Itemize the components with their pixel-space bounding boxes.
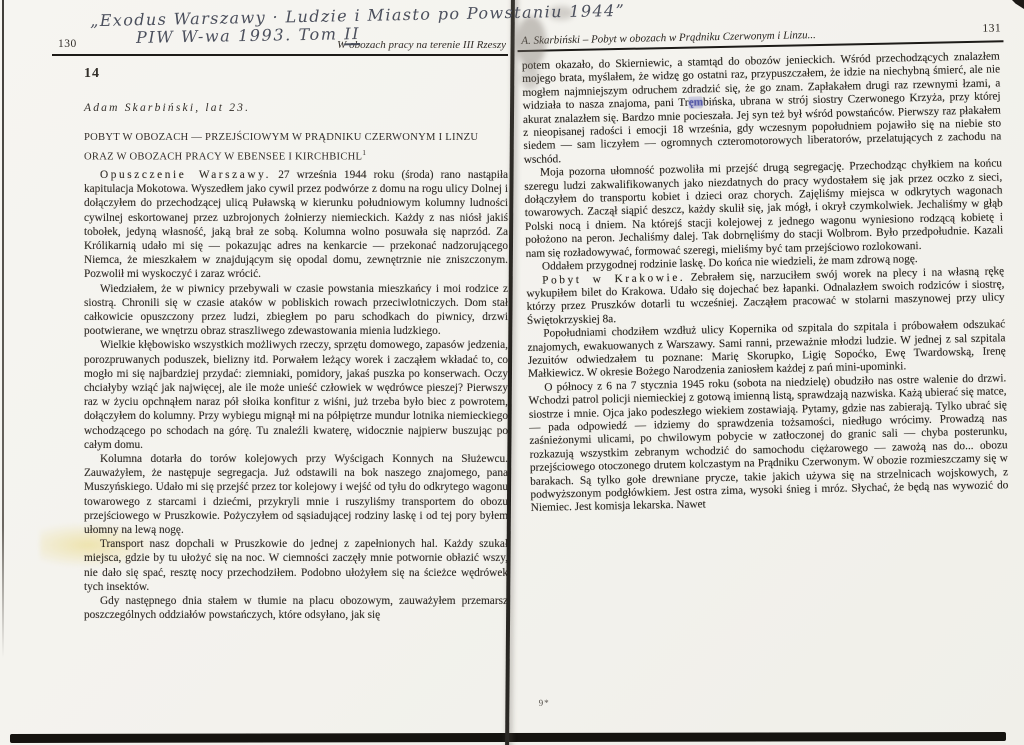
right-running-header: A. Skarbiński – Pobyt w obozach w Prądni…: [517, 22, 1003, 32]
handwritten-annotation-publisher: PIW W-wa 1993. Tom II: [136, 24, 360, 47]
paragraph-lead-spaced: Opuszczenie Warszawy.: [100, 169, 271, 181]
paragraph-continuation: potem okazało, do Skierniewic, a stamtąd…: [522, 50, 1002, 167]
scan-smudge: [520, 64, 540, 90]
chapter-title: POBYT W OBOZACH — PRZEJŚCIOWYM W PRĄDNIK…: [84, 130, 508, 165]
right-page: A. Skarbiński – Pobyt w obozach w Prądni…: [517, 0, 1018, 736]
paragraph: Transport nasz dopchali w Pruszkowie do …: [84, 537, 508, 594]
chapter-number: 14: [84, 66, 100, 82]
handwritten-publisher-text: PIW W-wa 1993. Tom: [136, 24, 345, 47]
left-running-head-text: W obozach pracy na terenie III Rzeszy: [337, 39, 506, 51]
paragraph: Kolumna dotarła do torów kolejowych przy…: [84, 452, 508, 537]
book-scan: „Exodus Warszawy · Ludzie i Miasto po Po…: [0, 0, 1024, 745]
author-line: Adam Skarbiński, lat 23.: [84, 102, 250, 114]
scan-left-edge: [2, 0, 4, 658]
printer-signature-mark: 9*: [539, 698, 550, 708]
scan-smudge: [516, 16, 546, 68]
paragraph: Wiedziałem, że w piwnicy przebywali w cz…: [84, 282, 508, 339]
paragraph: O północy z 6 na 7 stycznia 1945 roku (s…: [528, 372, 1009, 516]
paragraph-text: 27 września 1944 roku (środa) rano nastą…: [84, 169, 508, 280]
footnote-mark: 1: [362, 148, 366, 157]
chapter-title-text: POBYT W OBOZACH — PRZEJŚCIOWYM W PRĄDNIK…: [84, 132, 478, 163]
left-header-rule: [52, 54, 508, 56]
handwritten-ink-correction: ęm: [689, 97, 704, 109]
left-body-text: Opuszczenie Warszawy. 27 września 1944 r…: [84, 168, 508, 623]
paragraph: Popołudniami chodziłem wzdłuż ulicy Kope…: [527, 318, 1006, 381]
paragraph: Gdy następnego dnia stałem w tłumie na p…: [84, 594, 508, 622]
paragraph: Pobyt w Krakowie. Zebrałem się, narzucił…: [526, 265, 1005, 328]
right-page-number: 131: [982, 22, 1001, 34]
paragraph-lead-spaced: Pobyt w Krakowie.: [542, 271, 685, 286]
scan-corner-speck: [1012, 0, 1024, 9]
left-page-number: 130: [58, 38, 77, 50]
paragraph: Opuszczenie Warszawy. 27 września 1944 r…: [84, 168, 508, 282]
paragraph: Wielkie kłębowisko wszystkich możliwych …: [84, 338, 508, 452]
left-page: 130 W obozach pracy na terenie III Rzesz…: [52, 8, 508, 736]
right-body-text: potem okazało, do Skierniewic, a stamtąd…: [522, 50, 1009, 515]
handwritten-volume-number: II: [344, 24, 360, 45]
paragraph: Moja pozorna ułomność pozwoliła mi przej…: [524, 158, 1004, 261]
